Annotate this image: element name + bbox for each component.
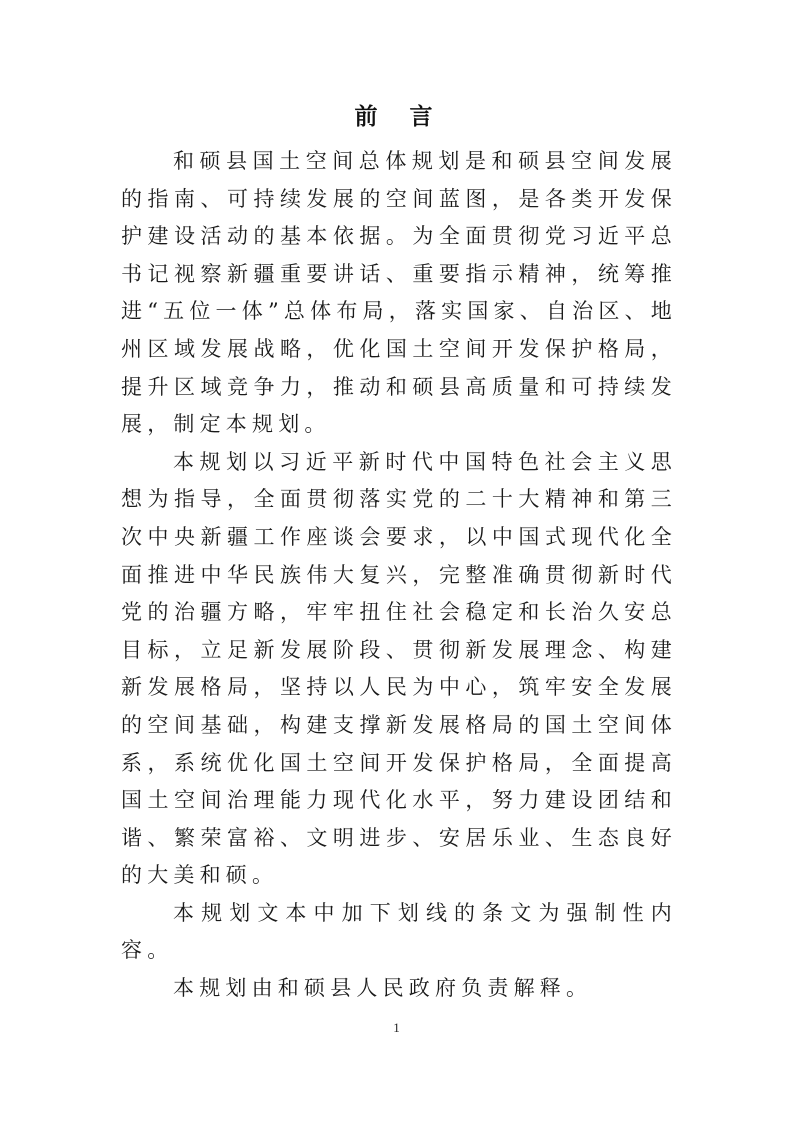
page-title: 前 言	[0, 100, 793, 134]
paragraph-interpretation-note: 本规划由和硕县人民政府负责解释。	[121, 970, 677, 1008]
document-page: 前 言 和硕县国土空间总体规划是和硕县空间发展的指南、可持续发展的空间蓝图，是各…	[0, 0, 793, 1122]
page-number: 1	[0, 1020, 793, 1036]
paragraph-purpose: 和硕县国土空间总体规划是和硕县空间发展的指南、可持续发展的空间蓝图，是各类开发保…	[121, 143, 677, 444]
preface-body: 和硕县国土空间总体规划是和硕县空间发展的指南、可持续发展的空间蓝图，是各类开发保…	[121, 143, 677, 1008]
paragraph-guiding-principles: 本规划以习近平新时代中国特色社会主义思想为指导，全面贯彻落实党的二十大精神和第三…	[121, 444, 677, 895]
paragraph-mandatory-content-note: 本规划文本中加下划线的条文为强制性内容。	[121, 895, 677, 970]
